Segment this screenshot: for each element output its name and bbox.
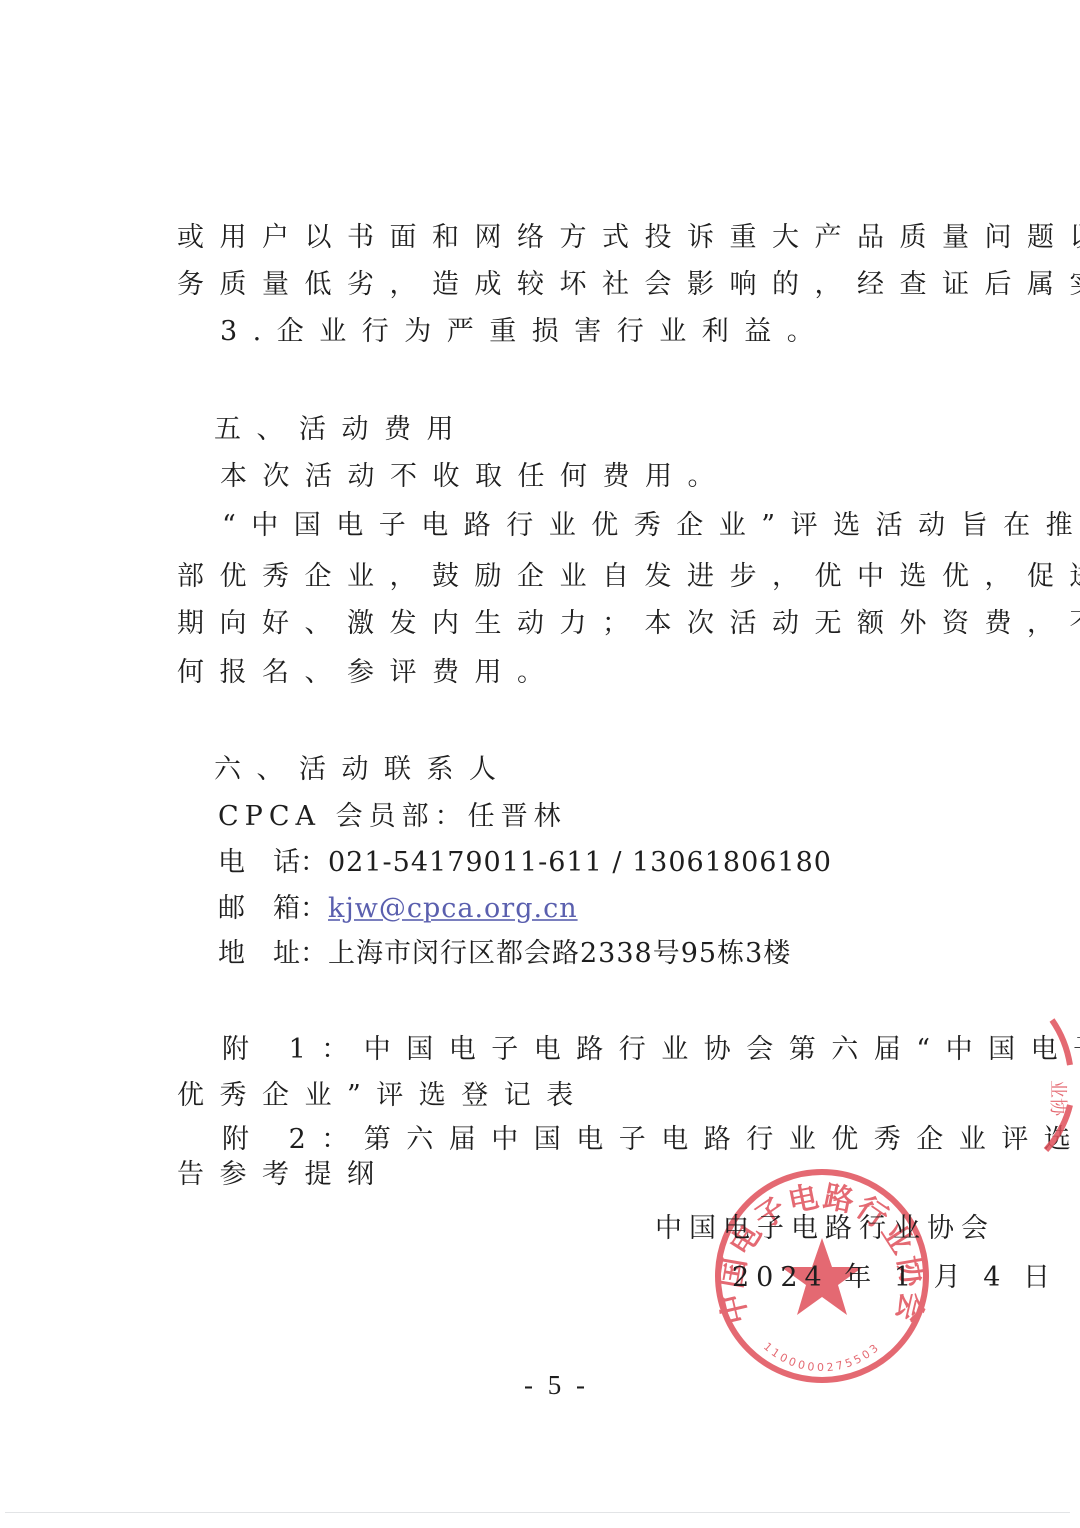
page-number: - 5 - bbox=[524, 1370, 589, 1401]
attachment-2-line-2: 告参考提纲 bbox=[177, 1159, 390, 1191]
body-line: 务质量低劣，造成较坏社会影响的，经查证后属实； bbox=[177, 269, 1080, 301]
section-heading-contact: 六、活动联系人 bbox=[214, 754, 512, 786]
edge-seal-fragment-icon: 业协 bbox=[1018, 980, 1080, 1180]
section-heading-fees: 五、活动费用 bbox=[214, 414, 469, 446]
email-label-2: 箱： bbox=[273, 893, 328, 925]
email-label-1: 邮 bbox=[218, 893, 273, 925]
address-label-1: 地 bbox=[218, 938, 273, 970]
signature-date: 2024 年 1 月 4 日 bbox=[732, 1255, 1057, 1294]
body-line: 本次活动不收取任何费用。 bbox=[220, 461, 730, 493]
scan-edge-line bbox=[5, 1512, 1070, 1513]
phone-label-2: 话： bbox=[273, 847, 328, 879]
body-line: 何报名、参评费用。 bbox=[177, 657, 560, 689]
attachment-1-line-1: 附 1：中国电子电路行业协会第六届“中国电子电路行业 bbox=[222, 1034, 1080, 1066]
phone-value: 021-54179011-611 / 13061806180 bbox=[328, 847, 832, 878]
contact-phone: 电话：021-54179011-611 / 13061806180 bbox=[218, 847, 832, 879]
contact-address: 地址：上海市闵行区都会路2338号95栋3楼 bbox=[218, 938, 791, 970]
contact-person: CPCA 会员部：任晋林 bbox=[218, 801, 567, 833]
document-page: 或用户以书面和网络方式投诉重大产品质量问题以及售后服 务质量低劣，造成较坏社会影… bbox=[0, 0, 1080, 1528]
attachment-2-line-1: 附 2：第六届中国电子电路行业优秀企业评选企业建设报 bbox=[222, 1124, 1080, 1156]
edge-seal-text: 业协 bbox=[1047, 1080, 1068, 1117]
body-line: 或用户以书面和网络方式投诉重大产品质量问题以及售后服 bbox=[177, 222, 1080, 254]
list-item-3: 3.企业行为严重损害行业利益。 bbox=[220, 316, 829, 348]
email-link[interactable]: kjw@cpca.org.cn bbox=[328, 893, 578, 924]
phone-label-1: 电 bbox=[218, 847, 273, 879]
contact-email: 邮箱：kjw@cpca.org.cn bbox=[218, 893, 578, 925]
body-line: 部优秀企业，鼓励企业自发进步，优中选优，促进行业发展长 bbox=[177, 561, 1080, 593]
address-label-2: 址： bbox=[273, 938, 328, 970]
body-line: “中国电子电路行业优秀企业”评选活动旨在推选行业内 bbox=[222, 510, 1080, 542]
signature-organization: 中国电子电路行业协会 bbox=[655, 1206, 995, 1245]
address-value: 上海市闵行区都会路2338号95栋3楼 bbox=[328, 938, 791, 969]
body-line: 期向好、激发内生动力；本次活动无额外资费，不收取企业任 bbox=[177, 608, 1080, 640]
attachment-1-line-2: 优秀企业”评选登记表 bbox=[177, 1080, 589, 1112]
